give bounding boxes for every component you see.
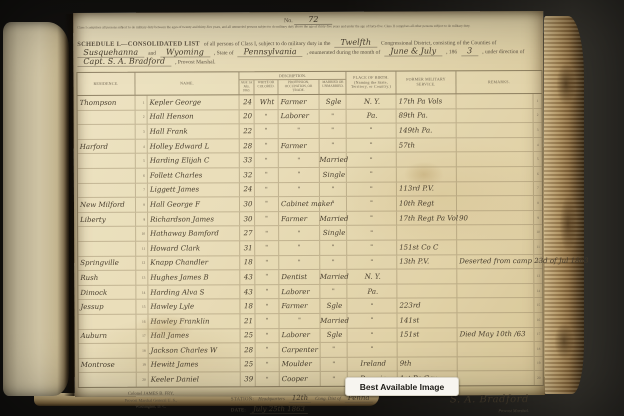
cell-marital: Married [320, 314, 347, 328]
cell-num: 13 [534, 269, 542, 283]
cell-residence [78, 242, 136, 256]
cell-name: Hall James [149, 329, 241, 343]
cell-color: " [256, 358, 280, 372]
cell-num: 8 [534, 196, 542, 210]
cell-marital: " [320, 241, 347, 255]
cell-color: " [255, 226, 279, 240]
cell-marital: Married [320, 270, 347, 284]
cell-birthplace: " [347, 138, 397, 152]
cell-name: Jackson Charles W [149, 343, 241, 357]
cell-line: 17 [137, 329, 149, 343]
cell-military: 9th [398, 357, 458, 371]
cell-occupation: Farmer [279, 139, 320, 153]
cell-occupation: Laborer [279, 285, 320, 299]
cell-marital: " [320, 182, 347, 196]
cell-num: 6 [534, 167, 542, 181]
cell-marital: " [320, 197, 347, 211]
cell-line: 6 [136, 169, 148, 183]
cell-age: 28 [240, 139, 255, 153]
cell-marital: " [321, 372, 348, 386]
cell-residence: Dimock [78, 285, 136, 299]
cell-line: 12 [136, 256, 148, 270]
cell-remarks [457, 123, 534, 137]
cell-military: 223rd [397, 299, 457, 313]
cell-name: Harding Alva S [148, 285, 240, 299]
cell-birthplace: " [347, 255, 397, 269]
cell-remarks [457, 138, 534, 152]
cell-age: 43 [240, 270, 255, 284]
cell-occupation: " [279, 124, 320, 138]
cell-military: 151st [398, 328, 458, 342]
cell-residence [78, 125, 136, 139]
cell-num: 1 [534, 94, 542, 108]
cell-remarks [457, 196, 534, 210]
header-description-subcolumns: AGE 1st July, 1863. WHITE OR COLORED. PR… [239, 80, 345, 94]
cell-military: 17th Pa Vols [397, 94, 457, 108]
cell-military [397, 153, 457, 167]
cell-marital: Sgle [320, 299, 347, 313]
cell-num: 7 [534, 182, 542, 196]
cell-num: 20 [535, 371, 543, 385]
cell-residence: Liberty [78, 213, 136, 227]
cell-name: Hall Frank [148, 124, 240, 138]
cell-residence [78, 154, 136, 168]
cell-age: 20 [240, 110, 255, 124]
cell-name: Harding Elijah C [148, 154, 240, 168]
cell-color: " [255, 154, 279, 168]
table-header: RESIDENCE. NAME. DESCRIPTION. AGE 1st Ju… [77, 71, 541, 96]
cell-occupation: " [279, 241, 320, 255]
cell-color: " [255, 197, 279, 211]
cell-occupation: Cooper [280, 372, 321, 386]
cell-birthplace: Pa. [347, 284, 397, 298]
header-residence: RESIDENCE. [77, 73, 135, 95]
scan-photo: No. 72 Class I comprises all persons sub… [0, 0, 624, 416]
cell-name: Hathaway Bamford [148, 227, 240, 241]
cell-color: " [255, 139, 279, 153]
worn-page-edge [544, 16, 584, 394]
cell-num: 14 [534, 284, 542, 298]
cell-marital: " [320, 109, 347, 123]
left-blank-page [3, 22, 69, 396]
cell-occupation: Farmer [279, 299, 320, 313]
cell-remarks [457, 284, 534, 298]
cell-age: 24 [240, 95, 255, 109]
cell-color: " [256, 372, 280, 386]
marshal-signature: S. A. Bradford [450, 394, 529, 405]
cell-num: 16 [534, 313, 542, 327]
cell-name: Howard Clark [148, 241, 240, 255]
header-birthplace: PLACE OF BIRTH. (Naming the State, Terri… [346, 72, 396, 94]
cell-birthplace: " [347, 124, 397, 138]
cell-military: 13th P.V. [397, 255, 457, 269]
cell-residence: Springville [78, 256, 136, 270]
cell-name: Holley Edward L [148, 139, 240, 153]
cell-num: 4 [534, 138, 542, 152]
header-military-service: FORMER MILITARY SERVICE. [396, 71, 456, 93]
cell-age: 18 [240, 256, 255, 270]
cell-marital: " [320, 124, 347, 138]
month-handwritten: June & July [384, 46, 442, 56]
cell-age: 21 [240, 314, 255, 328]
cell-occupation: " [279, 314, 320, 328]
cell-line: 19 [137, 358, 149, 372]
best-available-image-label: Best Available Image [345, 377, 459, 396]
schedule-header-line-2: Susquehanna and Wyoming , State of Penns… [77, 44, 539, 55]
cell-marital: Single [320, 226, 347, 240]
cell-age: 32 [240, 168, 255, 182]
cell-name: Kepler George [148, 95, 240, 109]
cell-line: 14 [136, 285, 148, 299]
cell-occupation: Dentist [279, 270, 320, 284]
cell-color: " [256, 343, 280, 357]
cell-military: 10th Regt [397, 197, 457, 211]
cell-occupation: " [279, 183, 320, 197]
cell-marital: " [321, 343, 348, 357]
cell-line: 11 [136, 242, 148, 256]
cell-birthplace: " [347, 314, 397, 328]
cell-age: 28 [241, 343, 256, 357]
cell-line: 3 [136, 125, 148, 139]
cell-num: 10 [534, 225, 542, 239]
cell-remarks [458, 357, 535, 371]
cell-occupation: Farmer [279, 212, 320, 226]
cell-num: 9 [534, 211, 542, 225]
cell-military [397, 284, 457, 298]
year-digit-handwritten: 3 [461, 46, 478, 56]
cell-name: Hall George F [148, 197, 240, 211]
header-occupation: PROFESSION, OCCUPATION, OR TRADE. [278, 80, 319, 94]
cell-age: 43 [240, 285, 255, 299]
cell-military: 57th [397, 138, 457, 152]
form-number-handwritten: 72 [294, 15, 332, 25]
table-body: Thompson1Kepler George24WhtFarmerSgleN. … [78, 94, 543, 387]
header-color: WHITE OR COLORED. [254, 80, 278, 94]
cell-occupation: " [279, 255, 320, 269]
header-description-group: DESCRIPTION. AGE 1st July, 1863. WHITE O… [239, 72, 346, 94]
date-label: DATE: [231, 408, 246, 413]
cell-residence [78, 169, 136, 183]
cell-residence [79, 373, 137, 387]
header-marital: MARRIED OR UNMARRIED. [319, 80, 346, 94]
cell-name: Knapp Chandler [148, 256, 240, 270]
cell-remarks [457, 152, 534, 166]
cell-color: " [255, 168, 279, 182]
cell-birthplace: N. Y. [347, 95, 397, 109]
cell-military: 151st Co C [397, 240, 457, 254]
header-name: NAME. [135, 72, 239, 94]
cell-marital: " [320, 255, 347, 269]
cell-birthplace: " [347, 197, 397, 211]
cell-color: " [255, 314, 279, 328]
cell-military: 89th Pa. [397, 109, 457, 123]
cell-residence: Harford [78, 140, 136, 154]
cell-birthplace: " [347, 182, 397, 196]
form-number-label: No. [284, 18, 293, 24]
cell-military: 17th Regt Pa Vol [397, 211, 457, 225]
cell-occupation: " [279, 226, 320, 240]
cell-occupation: Laborer [280, 328, 321, 342]
cell-remarks: 90 [457, 211, 534, 225]
date-line: DATE: July 25th 1863 [231, 400, 431, 412]
cell-occupation: " [279, 168, 320, 182]
cell-name: Liggett James [148, 183, 240, 197]
cell-name: Follett Charles [148, 168, 240, 182]
cell-line: 13 [136, 271, 148, 285]
cell-marital: Married [320, 153, 347, 167]
cell-remarks [457, 298, 534, 312]
cell-military [398, 342, 458, 356]
cell-marital: " [320, 285, 347, 299]
enrollment-table: RESIDENCE. NAME. DESCRIPTION. AGE 1st Ju… [76, 70, 543, 388]
footer-provost-general-block: Colonel JAMES B. FRY, Provost Marshal Ge… [81, 390, 221, 415]
cell-age: 24 [240, 183, 255, 197]
cell-remarks [457, 240, 534, 254]
station-printed2: Cong. Dist of [315, 397, 341, 402]
cell-line: 10 [136, 227, 148, 241]
cell-name: Richardson James [148, 212, 240, 226]
header-age: AGE 1st July, 1863. [239, 80, 254, 94]
cell-remarks [457, 269, 534, 283]
cell-birthplace: " [347, 226, 397, 240]
cell-line: 16 [136, 315, 148, 329]
cell-marital: Sgle [320, 95, 347, 109]
cell-age: 33 [240, 154, 255, 168]
cell-residence: Thompson [78, 96, 136, 110]
cell-marital: Married [320, 212, 347, 226]
cell-num: 3 [534, 123, 542, 137]
schedule-text: , under direction of [482, 49, 524, 55]
cell-birthplace: " [347, 299, 397, 313]
cell-military [397, 226, 457, 240]
cell-residence [79, 344, 137, 358]
cell-occupation: " [279, 153, 320, 167]
cell-occupation: Laborer [279, 110, 320, 124]
cell-color: " [255, 270, 279, 284]
cell-remarks [458, 342, 535, 356]
cell-residence: Auburn [79, 329, 137, 343]
cell-remarks [458, 371, 535, 385]
cell-line: 15 [136, 300, 148, 314]
cell-line: 7 [136, 183, 148, 197]
cell-marital: Single [320, 168, 347, 182]
marshal-signature-caption: Provost Marshal. [431, 408, 529, 413]
cell-remarks [457, 225, 534, 239]
cell-name: Hawley Franklin [148, 314, 240, 328]
document-page: No. 72 Class I comprises all persons sub… [73, 11, 545, 397]
cell-color: " [255, 285, 279, 299]
schedule-header: SCHEDULE I.—CONSOLIDATED LIST of all per… [77, 35, 539, 64]
state-handwritten: Pennsylvania [238, 47, 303, 57]
cell-birthplace: " [348, 343, 398, 357]
date-handwritten: July 25th 1863 [250, 405, 308, 414]
cell-color: " [255, 241, 279, 255]
cell-age: 31 [240, 241, 255, 255]
cell-num: 2 [534, 109, 542, 123]
cell-num: 17 [535, 327, 543, 341]
cell-name: Hawley Lyle [148, 300, 240, 314]
cell-num: 11 [534, 240, 542, 254]
cell-line: 4 [136, 139, 148, 153]
cell-color: " [256, 329, 280, 343]
cell-age: 30 [240, 197, 255, 211]
cell-color: " [255, 183, 279, 197]
cell-num: 5 [534, 152, 542, 166]
cell-remarks [457, 109, 534, 123]
cell-line: 8 [136, 198, 148, 212]
cell-num: 19 [535, 357, 543, 371]
cell-color: " [255, 256, 279, 270]
cell-occupation: Farmer [279, 95, 320, 109]
cell-residence: Rush [78, 271, 136, 285]
cell-remarks [457, 94, 534, 108]
cell-name: Hall Henson [148, 110, 240, 124]
cell-birthplace: " [348, 328, 398, 342]
cell-age: 25 [241, 329, 256, 343]
schedule-text: , 186 [446, 49, 457, 55]
cell-military [397, 167, 457, 181]
cell-remarks: Deserted from camp 23d of Jul 1863 [457, 255, 534, 269]
cell-birthplace: Pa. [347, 109, 397, 123]
cell-age: 39 [241, 373, 256, 387]
cell-color: " [255, 110, 279, 124]
cell-line: 1 [136, 96, 148, 110]
table-row: 20Keeler Daniel39"Cooper"Prussia1st Pa C… [79, 371, 543, 387]
cell-line: 2 [136, 110, 148, 124]
cell-line: 20 [137, 373, 149, 387]
cell-num: 15 [534, 298, 542, 312]
cell-residence [78, 183, 136, 197]
cell-military [397, 269, 457, 283]
cell-birthplace: Ireland [348, 357, 398, 371]
cell-color: " [255, 299, 279, 313]
cell-num: 18 [535, 342, 543, 356]
cell-remarks: Died May 10th /63 [458, 328, 535, 342]
cell-occupation: Cabinet maker [279, 197, 320, 211]
cell-age: 18 [240, 300, 255, 314]
cell-residence [78, 227, 136, 241]
cell-residence: Montrose [79, 358, 137, 372]
cell-residence: Jessup [78, 300, 136, 314]
cell-line: 5 [136, 154, 148, 168]
cell-residence [78, 110, 136, 124]
cell-occupation: Carpenter [280, 343, 321, 357]
cell-birthplace: N. Y. [347, 270, 397, 284]
schedule-text: , enumerated during the month of [307, 50, 381, 56]
cell-name: Hughes James B [148, 270, 240, 284]
cell-color: " [255, 124, 279, 138]
cell-age: 30 [240, 212, 255, 226]
cell-military: 141st [397, 313, 457, 327]
cell-marital: " [320, 139, 347, 153]
class-definition-fine-print: Class I comprises all persons subject to… [77, 24, 543, 29]
cell-marital: " [321, 358, 348, 372]
cell-line: 9 [136, 212, 148, 226]
cell-age: 27 [240, 227, 255, 241]
page-footer: Colonel JAMES B. FRY, Provost Marshal Ge… [81, 389, 539, 415]
cell-birthplace: " [347, 153, 397, 167]
header-remarks: REMARKS. [456, 71, 541, 93]
cell-occupation: Moulder [280, 358, 321, 372]
cell-birthplace: " [347, 241, 397, 255]
cell-remarks [457, 182, 534, 196]
cell-residence: New Milford [78, 198, 136, 212]
cell-color: " [255, 212, 279, 226]
cell-line: 18 [137, 344, 149, 358]
schedule-text: , Provost Marshal. [175, 59, 215, 65]
cell-name: Hewitt James [149, 358, 241, 372]
cell-birthplace: " [347, 168, 397, 182]
marshal-name-handwritten: Capt. S. A. Bradford [77, 57, 171, 67]
cell-residence [78, 315, 136, 329]
footer-colonel-city: Washington, D. C. [81, 403, 221, 410]
cell-birthplace: " [347, 211, 397, 225]
schedule-text: , State of [214, 50, 234, 56]
cell-marital: Sgle [321, 328, 348, 342]
cell-age: 25 [241, 358, 256, 372]
cell-name: Keeler Daniel [149, 373, 241, 387]
cell-remarks [457, 167, 534, 181]
cell-remarks [457, 313, 534, 327]
cell-military: 149th Pa. [397, 124, 457, 138]
cell-age: 22 [240, 124, 255, 138]
cell-color: Wht [255, 95, 279, 109]
cell-military: 113rd P.V. [397, 182, 457, 196]
